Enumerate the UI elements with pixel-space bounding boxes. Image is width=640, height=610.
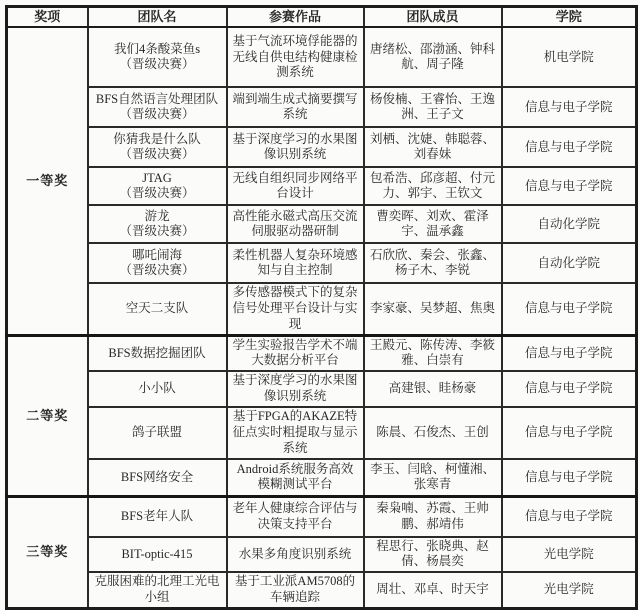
work-cell: 基于深度学习的水果图像识别系统 [227, 127, 364, 167]
work-cell: 基于深度学习的水果图像识别系统 [227, 371, 364, 407]
team-cell: BIT-optic-415 [88, 537, 227, 573]
award-group-cell: 一等奖 [7, 27, 88, 335]
table-row: 游龙 （晋级决赛） 高性能永磁式高压交流伺服驱动器研制 曹奕晖、刘欢、霍泽宇、温… [7, 205, 637, 243]
college-cell: 信息与电子学院 [502, 167, 637, 205]
table-row: 小小队 基于深度学习的水果图像识别系统 高建银、眭杨豪 信息与电子学院 [7, 371, 637, 407]
college-cell: 机电学院 [502, 27, 637, 87]
team-cell: 克服困难的北理工光电小组 [88, 572, 227, 608]
table-row: 克服困难的北理工光电小组 基于工业派AM5708的车辆追踪 周壮、邓卓、时天宇 … [7, 572, 637, 608]
members-cell: 李家豪、吴梦超、焦奥 [364, 283, 502, 335]
college-cell: 信息与电子学院 [502, 283, 637, 335]
college-cell: 信息与电子学院 [502, 497, 637, 537]
work-cell: 柔性机器人复杂环境感知与自主控制 [227, 243, 364, 283]
awards-table: 奖项 团队名 参赛作品 团队成员 学院 一等奖 我们4条酸菜鱼s （晋级决赛） … [5, 5, 638, 610]
team-cell: BFS数据挖掘团队 [88, 335, 227, 371]
members-cell: 程思行、张晓典、赵倩、杨晨奕 [364, 537, 502, 573]
members-cell: 唐绪松、邵渤涵、钟科航、周子隆 [364, 27, 502, 87]
col-header-members: 团队成员 [364, 7, 502, 28]
college-cell: 信息与电子学院 [502, 407, 637, 459]
table-row: BIT-optic-415 水果多角度识别系统 程思行、张晓典、赵倩、杨晨奕 光… [7, 537, 637, 573]
work-cell: 多传感器模式下的复杂信号处理平台设计与实现 [227, 283, 364, 335]
work-cell: 老年人健康综合评估与决策支持平台 [227, 497, 364, 537]
table-row: BFS自然语言处理团队 （晋级决赛） 端到端生成式摘要撰写系统 杨俊楠、王睿怡、… [7, 87, 637, 127]
work-cell: 基于气流环境俘能器的无线自供电结构健康检测系统 [227, 27, 364, 87]
college-cell: 光电学院 [502, 537, 637, 573]
team-cell: 空天二支队 [88, 283, 227, 335]
table-row: 三等奖 BFS老年人队 老年人健康综合评估与决策支持平台 秦枭喃、苏霞、王帅鹏、… [7, 497, 637, 537]
members-cell: 石欣欣、秦会、张鑫、杨子木、李锐 [364, 243, 502, 283]
table-header-row: 奖项 团队名 参赛作品 团队成员 学院 [7, 7, 637, 28]
award-group-cell: 三等奖 [7, 497, 88, 609]
col-header-award: 奖项 [7, 7, 88, 28]
members-cell: 曹奕晖、刘欢、霍泽宇、温承鑫 [364, 205, 502, 243]
college-cell: 自动化学院 [502, 243, 637, 283]
team-cell: BFS老年人队 [88, 497, 227, 537]
work-cell: 基于工业派AM5708的车辆追踪 [227, 572, 364, 608]
work-cell: 端到端生成式摘要撰写系统 [227, 87, 364, 127]
award-group-cell: 二等奖 [7, 335, 88, 497]
members-cell: 刘栖、沈婕、韩聪蓉、刘春妹 [364, 127, 502, 167]
college-cell: 光电学院 [502, 572, 637, 608]
team-cell: 你猜我是什么队 （晋级决赛） [88, 127, 227, 167]
members-cell: 王殿元、陈传涛、李筱雅、白崇有 [364, 335, 502, 371]
college-cell: 自动化学院 [502, 205, 637, 243]
members-cell: 李玉、闫晗、柯懂湘、张寒青 [364, 459, 502, 497]
work-cell: 水果多角度识别系统 [227, 537, 364, 573]
work-cell: 高性能永磁式高压交流伺服驱动器研制 [227, 205, 364, 243]
college-cell: 信息与电子学院 [502, 87, 637, 127]
team-cell: BFS网络安全 [88, 459, 227, 497]
college-cell: 信息与电子学院 [502, 127, 637, 167]
work-cell: 基于FPGA的AKAZE特征点实时粗提取与显示系统 [227, 407, 364, 459]
members-cell: 陈晨、石俊杰、王创 [364, 407, 502, 459]
team-cell: 我们4条酸菜鱼s （晋级决赛） [88, 27, 227, 87]
college-cell: 信息与电子学院 [502, 459, 637, 497]
work-cell: 学生实验报告学术不端大数据分析平台 [227, 335, 364, 371]
team-cell: 哪吒闹海 （晋级决赛） [88, 243, 227, 283]
members-cell: 周壮、邓卓、时天宇 [364, 572, 502, 608]
table-row: BFS网络安全 Android系统服务高效模糊测试平台 李玉、闫晗、柯懂湘、张寒… [7, 459, 637, 497]
table-row: 你猜我是什么队 （晋级决赛） 基于深度学习的水果图像识别系统 刘栖、沈婕、韩聪蓉… [7, 127, 637, 167]
members-cell: 杨俊楠、王睿怡、王逸洲、王子文 [364, 87, 502, 127]
members-cell: 秦枭喃、苏霞、王帅鹏、郝靖伟 [364, 497, 502, 537]
col-header-team: 团队名 [88, 7, 227, 28]
members-cell: 高建银、眭杨豪 [364, 371, 502, 407]
work-cell: Android系统服务高效模糊测试平台 [227, 459, 364, 497]
team-cell: 小小队 [88, 371, 227, 407]
team-cell: BFS自然语言处理团队 （晋级决赛） [88, 87, 227, 127]
table-row: JTAG （晋级决赛） 无线自组织同步网络平台设计 包希浩、邱彦超、付元力、郭宇… [7, 167, 637, 205]
members-cell: 包希浩、邱彦超、付元力、郭宇、王钦文 [364, 167, 502, 205]
table-row: 一等奖 我们4条酸菜鱼s （晋级决赛） 基于气流环境俘能器的无线自供电结构健康检… [7, 27, 637, 87]
col-header-college: 学院 [502, 7, 637, 28]
team-cell: 游龙 （晋级决赛） [88, 205, 227, 243]
col-header-work: 参赛作品 [227, 7, 364, 28]
page: 奖项 团队名 参赛作品 团队成员 学院 一等奖 我们4条酸菜鱼s （晋级决赛） … [0, 0, 640, 602]
table-row: 空天二支队 多传感器模式下的复杂信号处理平台设计与实现 李家豪、吴梦超、焦奥 信… [7, 283, 637, 335]
team-cell: 鸽子联盟 [88, 407, 227, 459]
work-cell: 无线自组织同步网络平台设计 [227, 167, 364, 205]
table-row: 哪吒闹海 （晋级决赛） 柔性机器人复杂环境感知与自主控制 石欣欣、秦会、张鑫、杨… [7, 243, 637, 283]
college-cell: 信息与电子学院 [502, 371, 637, 407]
college-cell: 信息与电子学院 [502, 335, 637, 371]
table-row: 鸽子联盟 基于FPGA的AKAZE特征点实时粗提取与显示系统 陈晨、石俊杰、王创… [7, 407, 637, 459]
team-cell: JTAG （晋级决赛） [88, 167, 227, 205]
table-row: 二等奖 BFS数据挖掘团队 学生实验报告学术不端大数据分析平台 王殿元、陈传涛、… [7, 335, 637, 371]
